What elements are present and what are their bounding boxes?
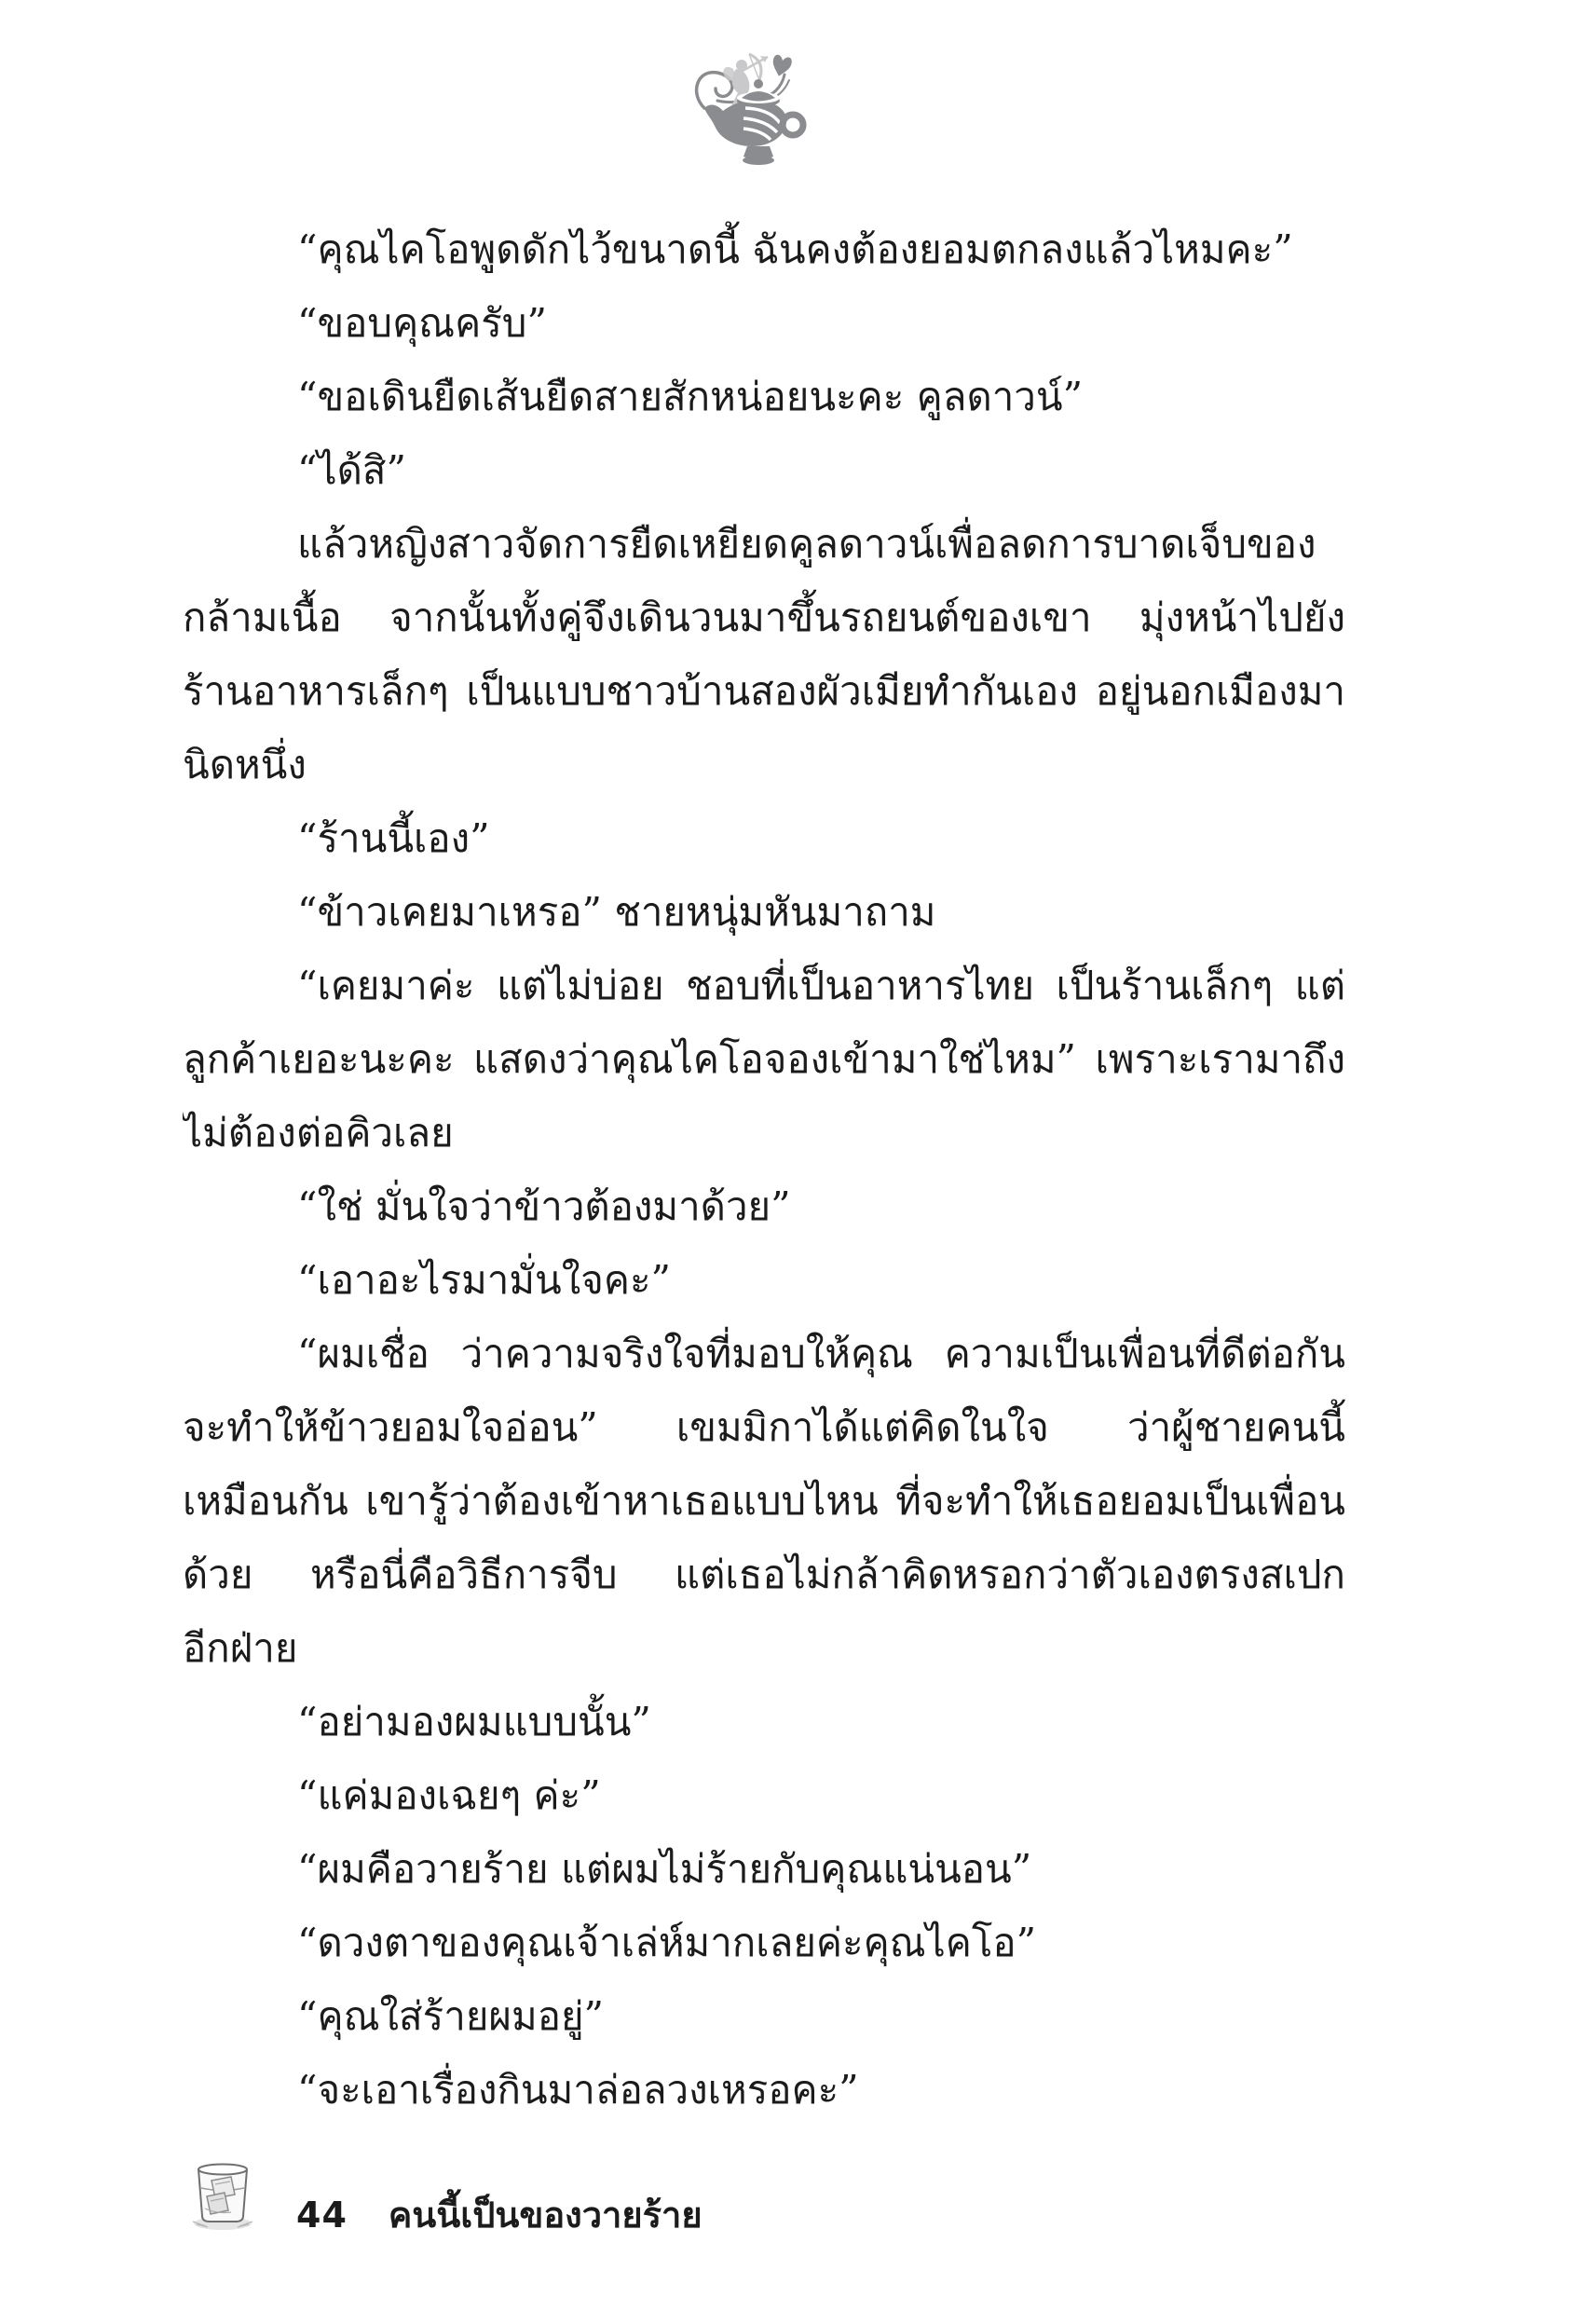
text-line: กล้ามเนื้อ จากนั้นทั้งคู่จึงเดินวนมาขึ้น… xyxy=(183,581,1345,654)
text-line: “ร้านนี้เอง” xyxy=(183,801,1345,875)
text-line: “ดวงตาของคุณเจ้าเล่ห์มากเลยค่ะคุณไคโอ” xyxy=(183,1906,1345,1979)
text-line: จะทำให้ข้าวยอมใจอ่อน” เขมมิกาได้แต่คิดใน… xyxy=(183,1390,1345,1464)
text-line: “ข้าวเคยมาเหรอ” ชายหนุ่มหันมาถาม xyxy=(183,875,1345,949)
text-line: “ใช่ มั่นใจว่าข้าวต้องมาด้วย” xyxy=(183,1169,1345,1243)
text-line: ลูกค้าเยอะนะคะ แสดงว่าคุณไคโอจองเข้ามาใช… xyxy=(183,1022,1345,1096)
text-line: “คุณใส่ร้ายผมอยู่” xyxy=(183,1979,1345,2053)
genie-lamp-cupid-heart-icon xyxy=(689,47,809,171)
text-line: ไม่ต้องต่อคิวเลย xyxy=(183,1096,1345,1169)
genie-lamp xyxy=(704,79,803,165)
text-line: “ขอบคุณครับ” xyxy=(183,286,1345,360)
text-line: “แค่มองเฉยๆ ค่ะ” xyxy=(183,1758,1345,1832)
text-line: เหมือนกัน เขารู้ว่าต้องเข้าหาเธอแบบไหน ท… xyxy=(183,1464,1345,1538)
text-line: แล้วหญิงสาวจัดการยืดเหยียดคูลดาวน์เพื่อล… xyxy=(183,507,1345,581)
page-number: 44 xyxy=(296,2195,348,2236)
text-line: นิดหนึ่ง xyxy=(183,728,1345,801)
book-title: คนนี้เป็นของวายร้าย xyxy=(389,2186,703,2243)
text-line: อีกฝ่าย xyxy=(183,1611,1345,1685)
text-line: “อย่ามองผมแบบนั้น” xyxy=(183,1685,1345,1758)
page-text: “คุณไคโอพูดดักไว้ขนาดนี้ ฉันคงต้องยอมตกล… xyxy=(183,212,1345,2126)
text-line: “ได้สิ” xyxy=(183,433,1345,507)
text-line: “ขอเดินยืดเส้นยืดสายสักหน่อยนะคะ คูลดาวน… xyxy=(183,360,1345,433)
text-line: “จะเอาเรื่องกินมาล่อลวงเหรอคะ” xyxy=(183,2053,1345,2126)
page-footer: 44 คนนี้เป็นของวายร้าย xyxy=(296,2186,703,2243)
text-line: ร้านอาหารเล็กๆ เป็นแบบชาวบ้านสองผัวเมียท… xyxy=(183,654,1345,728)
lamp-cupid-ornament xyxy=(689,47,809,171)
text-line: “ผมเชื่อ ว่าความจริงใจที่มอบให้คุณ ความเ… xyxy=(183,1317,1345,1390)
text-line: “เอาอะไรมามั่นใจคะ” xyxy=(183,1243,1345,1317)
book-page: “คุณไคโอพูดดักไว้ขนาดนี้ ฉันคงต้องยอมตกล… xyxy=(0,0,1596,2311)
whiskey-glass-icon xyxy=(189,2162,256,2233)
text-line: “เคยมาค่ะ แต่ไม่บ่อย ชอบที่เป็นอาหารไทย … xyxy=(183,949,1345,1022)
text-line: “ผมคือวายร้าย แต่ผมไม่ร้ายกับคุณแน่นอน” xyxy=(183,1832,1345,1906)
text-line: “คุณไคโอพูดดักไว้ขนาดนี้ ฉันคงต้องยอมตกล… xyxy=(183,212,1345,286)
text-line: ด้วย หรือนี่คือวิธีการจีบ แต่เธอไม่กล้าค… xyxy=(183,1538,1345,1611)
